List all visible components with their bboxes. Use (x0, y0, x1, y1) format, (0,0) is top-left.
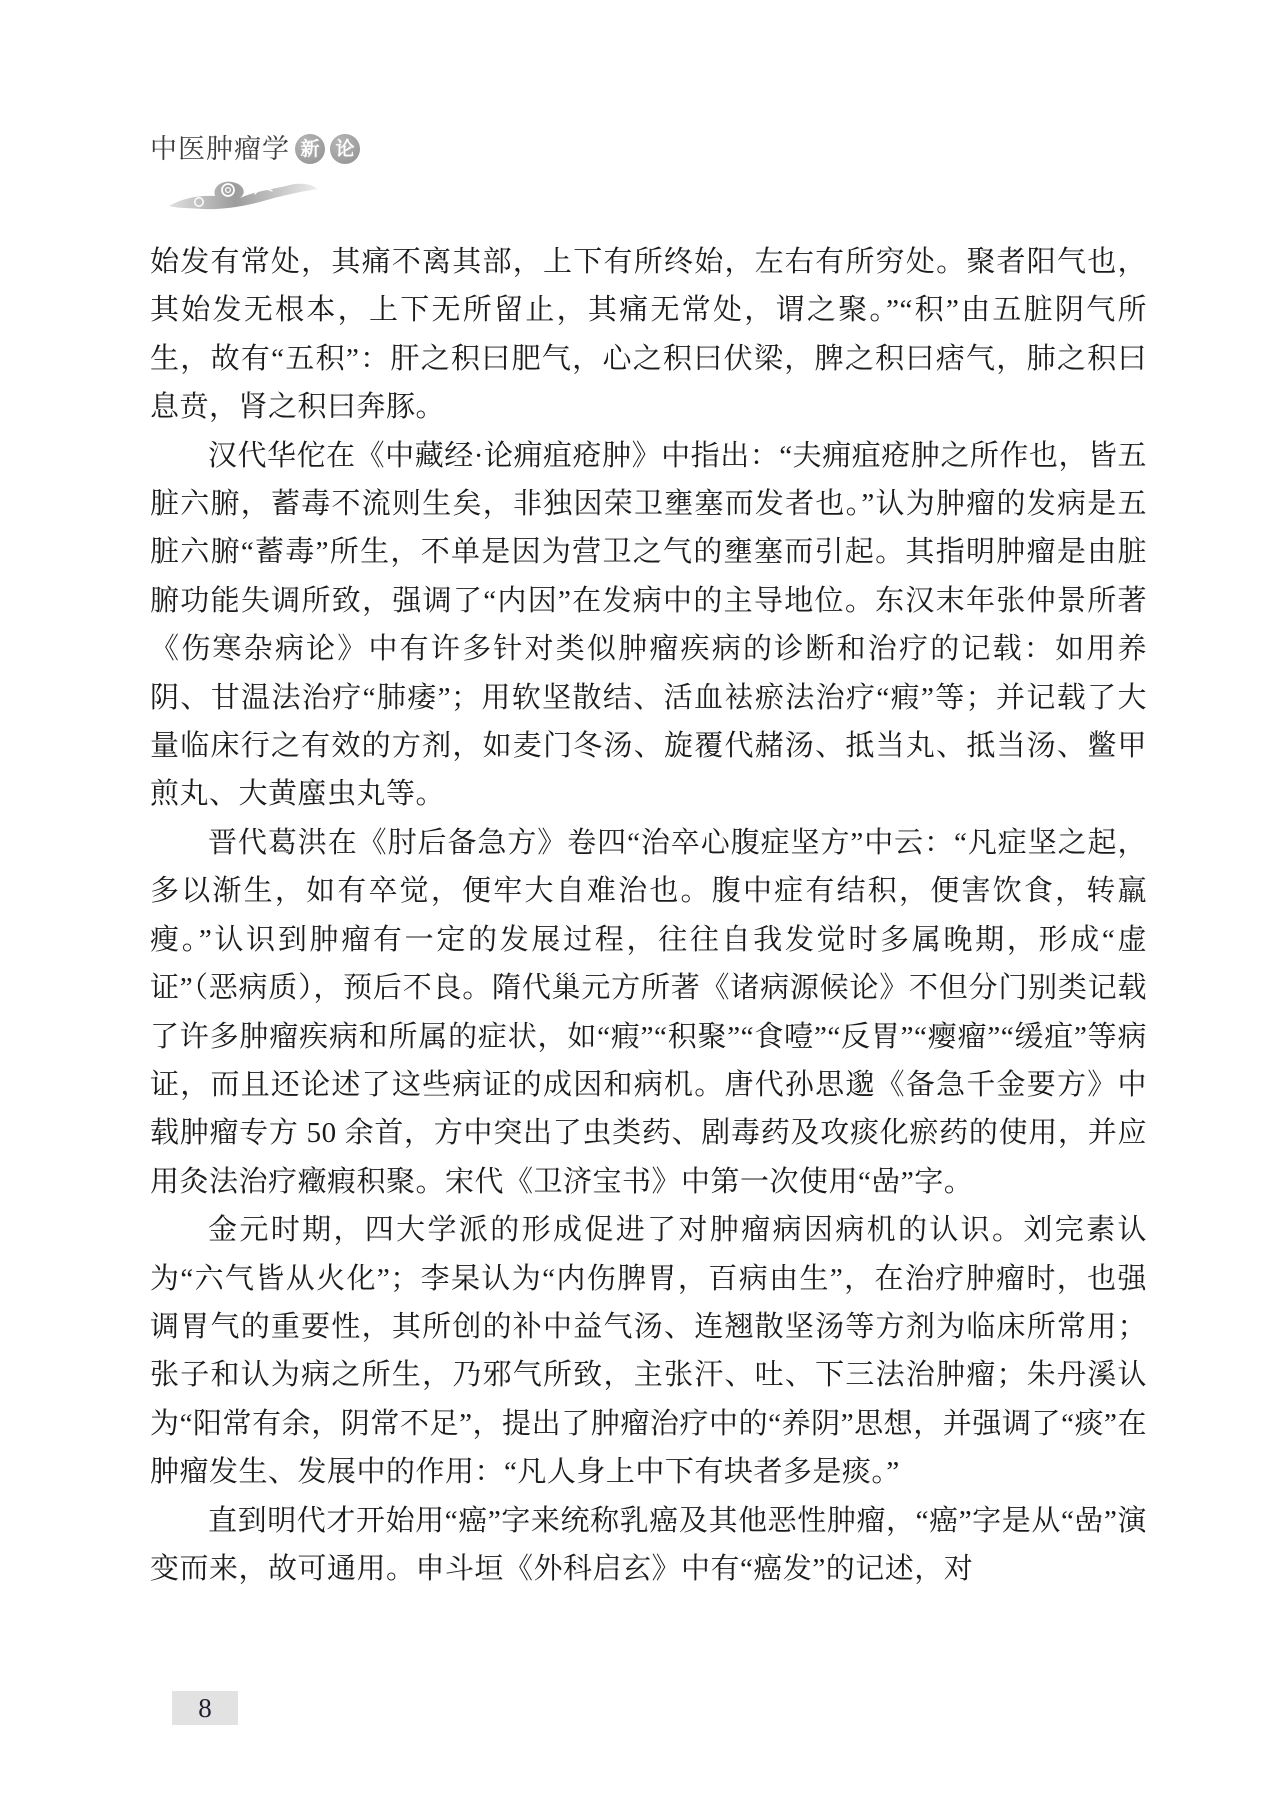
paragraph-jindai-gehong: 晋代葛洪在《肘后备急方》卷四“治卒心腹症坚方”中云：“凡症坚之起，多以渐生，如有… (150, 819, 1147, 1206)
page-header: 中医肿瘤学 新 论 (150, 134, 360, 164)
paragraph-handai-huatuo: 汉代华佗在《中藏经·论痈疽疮肿》中指出：“夫痈疽疮肿之所作也，皆五脏六腑，蓄毒不… (150, 432, 1147, 819)
paragraph-jinyuan-shiqi: 金元时期，四大学派的形成促进了对肿瘤病因病机的认识。刘完素认为“六气皆从火化”；… (150, 1206, 1147, 1496)
paragraph-mingdai-ai: 直到明代才开始用“癌”字来统称乳癌及其他恶性肿瘤，“癌”字是从“嵒”演变而来，故… (150, 1497, 1147, 1594)
book-title: 中医肿瘤学 (150, 136, 290, 163)
page-number: 8 (172, 1691, 238, 1725)
badge-lun: 论 (330, 134, 360, 164)
paragraph-continuation: 始发有常处，其痛不离其部，上下有所终始，左右有所穷处。聚者阳气也，其始发无根本，… (150, 238, 1147, 432)
badge-xin: 新 (295, 134, 325, 164)
book-page: 中医肿瘤学 新 论 始发有常处，其痛不离其部，上下有所终始，左右有所穷处。聚者阳… (0, 0, 1285, 1814)
body-text: 始发有常处，其痛不离其部，上下有所终始，左右有所穷处。聚者阳气也，其始发无根本，… (150, 238, 1147, 1593)
cloud-swirl-icon (163, 178, 323, 219)
